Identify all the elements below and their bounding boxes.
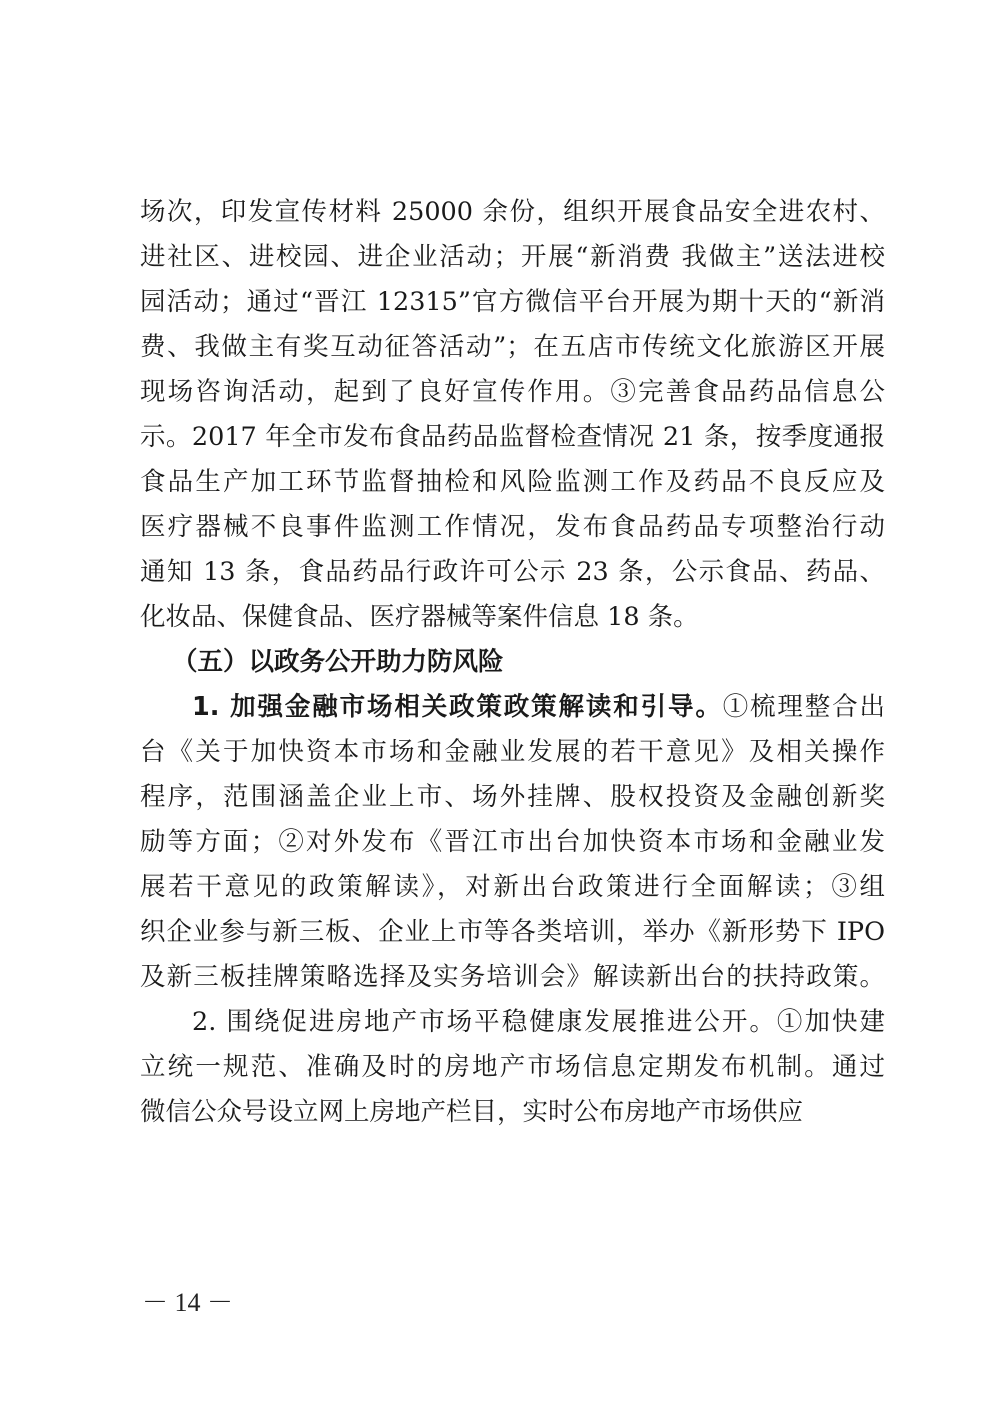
section-heading: （五）以政务公开助力防风险 (172, 646, 772, 678)
body-text-line: 通知 13 条，食品药品行政许可公示 23 条，公示食品、药品、 (140, 556, 885, 588)
body-text-line: 化妆品、保健食品、医疗器械等案件信息 18 条。 (140, 601, 885, 633)
body-text-line: 微信公众号设立网上房地产栏目，实时公布房地产市场供应 (140, 1096, 885, 1128)
body-text-line: 程序，范围涵盖企业上市、场外挂牌、股权投资及金融创新奖 (140, 781, 885, 813)
body-text-line: 费、我做主有奖互动征答活动”；在五店市传统文化旅游区开展 (140, 331, 885, 363)
body-text-line: 展若干意见的政策解读》，对新出台政策进行全面解读；③组 (140, 871, 885, 903)
item-1-text: ①梳理整合出 (723, 692, 885, 722)
document-page: 场次，印发宣传材料 25000 余份，组织开展食品安全进农村、 进社区、进校园、… (0, 0, 1000, 1414)
item-1-title: 1. 加强金融市场相关政策政策解读和引导。 (192, 692, 723, 722)
body-text-line: 园活动；通过“晋江 12315”官方微信平台开展为期十天的“新消 (140, 286, 885, 318)
body-text-line: 台《关于加快资本市场和金融业发展的若干意见》及相关操作 (140, 736, 885, 768)
body-text-line: 医疗器械不良事件监测工作情况，发布食品药品专项整治行动 (140, 511, 885, 543)
body-text-line: 进社区、进校园、进企业活动；开展“新消费 我做主”送法进校 (140, 241, 885, 273)
body-text-line: 励等方面；②对外发布《晋江市出台加快资本市场和金融业发 (140, 826, 885, 858)
item-1-first-line: 1. 加强金融市场相关政策政策解读和引导。①梳理整合出 (192, 691, 885, 723)
body-text-line: 场次，印发宣传材料 25000 余份，组织开展食品安全进农村、 (140, 196, 885, 228)
body-text-line: 食品生产加工环节监督抽检和风险监测工作及药品不良反应及 (140, 466, 885, 498)
item-2-first-line: 2. 围绕促进房地产市场平稳健康发展推进公开。①加快建 (192, 1006, 885, 1038)
body-text-line: 及新三板挂牌策略选择及实务培训会》解读新出台的扶持政策。 (140, 961, 885, 993)
body-text-line: 织企业参与新三板、企业上市等各类培训，举办《新形势下 IPO (140, 916, 885, 948)
body-text-line: 示。2017 年全市发布食品药品监督检查情况 21 条，按季度通报 (140, 421, 885, 453)
body-text-line: 现场咨询活动，起到了良好宣传作用。③完善食品药品信息公 (140, 376, 885, 408)
page-number: － 14 － (142, 1282, 233, 1319)
body-text-line: 立统一规范、准确及时的房地产市场信息定期发布机制。通过 (140, 1051, 885, 1083)
